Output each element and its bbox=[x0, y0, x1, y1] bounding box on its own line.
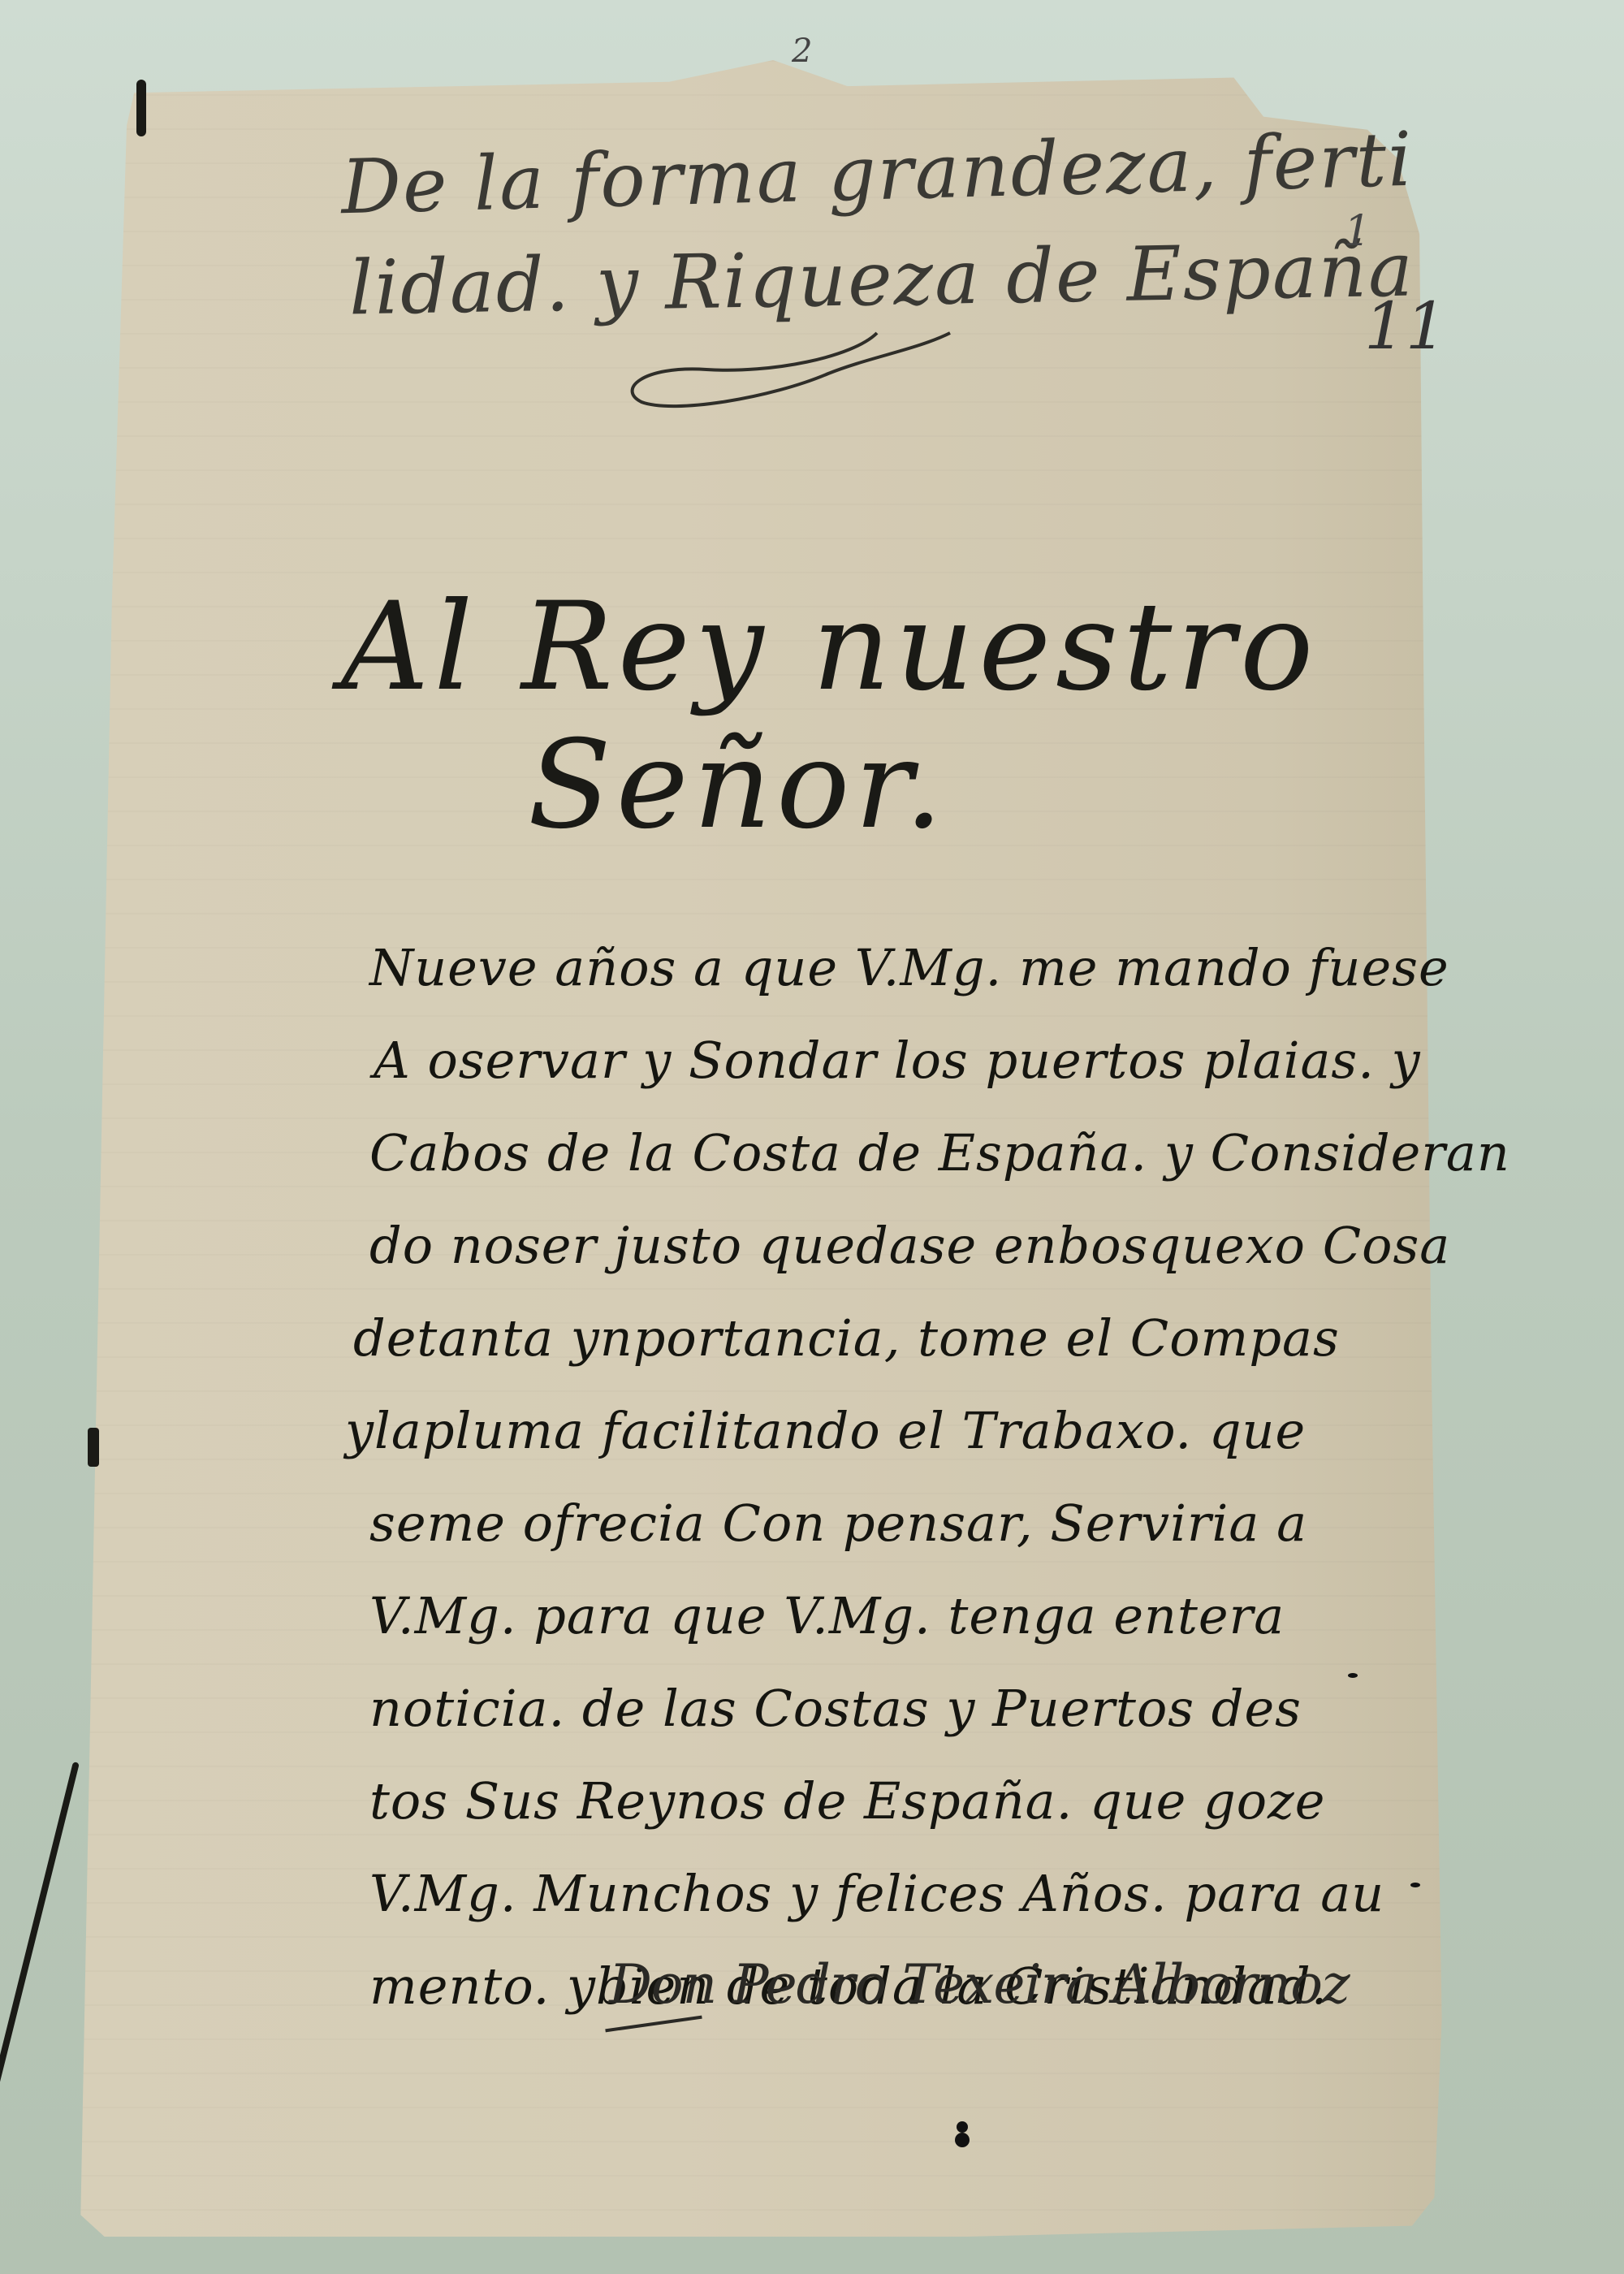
body-line: tos Sus Reynos de España. que goze bbox=[369, 1755, 1510, 1848]
title-line-2: lidad. y Riqueza de España bbox=[348, 227, 1415, 332]
salutation-line-2: Señor. bbox=[528, 715, 948, 856]
letter-body: Nueve años a que V.Mg. me mando fuese A … bbox=[369, 922, 1510, 2033]
title-flourish bbox=[609, 325, 966, 414]
folio-mark-1: 1 bbox=[1344, 207, 1371, 256]
ink-spot bbox=[1348, 1673, 1358, 1678]
body-line: seme ofrecia Con pensar, Serviria a bbox=[369, 1477, 1510, 1570]
corner-ink-blot bbox=[136, 80, 146, 136]
signature: Don Pedro Texeira Albornoz bbox=[609, 1953, 1350, 2016]
margin-ink-stroke bbox=[0, 1762, 80, 2110]
ink-spot bbox=[1410, 1883, 1420, 1887]
ink-blot bbox=[957, 2121, 968, 2133]
left-edge-ink-mark bbox=[88, 1428, 99, 1467]
body-line: do noser justo quedase enbosquexo Cosa bbox=[369, 1200, 1510, 1292]
body-line: ylapluma facilitando el Trabaxo. que bbox=[345, 1385, 1510, 1477]
salutation-line-1: Al Rey nuestro bbox=[341, 577, 1318, 718]
body-line: noticia. de las Costas y Puertos des bbox=[369, 1662, 1510, 1755]
body-line: V.Mg. para que V.Mg. tenga entera bbox=[369, 1570, 1510, 1662]
body-line: V.Mg. Munchos y felices Años. para au bbox=[369, 1848, 1510, 1940]
top-page-mark: 2 bbox=[792, 32, 812, 70]
folio-mark-2: 11 bbox=[1364, 288, 1447, 364]
body-line: A oservar y Sondar los puertos plaias. y bbox=[374, 1014, 1510, 1107]
body-line: Cabos de la Costa de España. y Considera… bbox=[369, 1107, 1510, 1200]
body-line: detanta ynportancia, tome el Compas bbox=[353, 1292, 1510, 1385]
ink-blot bbox=[955, 2133, 970, 2147]
body-line: Nueve años a que V.Mg. me mando fuese bbox=[369, 922, 1510, 1014]
